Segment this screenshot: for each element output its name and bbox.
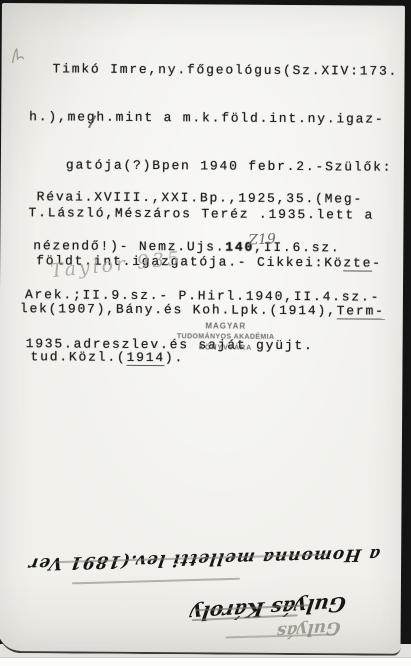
scan-bottom-margin [0,657,411,666]
catalog-card-paper: Timkó Imre,ny.főgeológus(Sz.XIV:173. h.)… [0,3,405,656]
library-stamp: MAGYAR TUDOMÁNYOS AKADÉMIA KÖNYVTÁRA [166,321,286,354]
pencil-strike-line [72,578,240,585]
pencil-insertion-mark [10,47,26,67]
typed-line: Arek.;II.9.sz.- P.Hirl.1940,II.4.sz.- [20,287,380,306]
pencil-code-annotation: Z19 [248,231,276,248]
typed-line: Timkó Imre,ny.főgeológus(Sz.XIV:173. [21,61,398,80]
stamp-line: TUDOMÁNYOS AKADÉMIA [166,331,286,343]
typed-line: nézendő!)- Nemz.Ujs.140,II.6.sz. [20,238,380,257]
typed-line: Révai.XVIII.,XXI.Bp.,1925,35.(Meg- [21,189,381,208]
typed-line: h.),megh.mint a m.k.föld.int.ny.igaz- [21,109,398,128]
scanned-catalog-card-photo: Timkó Imre,ny.főgeológus(Sz.XIV:173. h.)… [0,0,411,666]
stamp-line: KÖNYVTÁRA [166,342,286,354]
